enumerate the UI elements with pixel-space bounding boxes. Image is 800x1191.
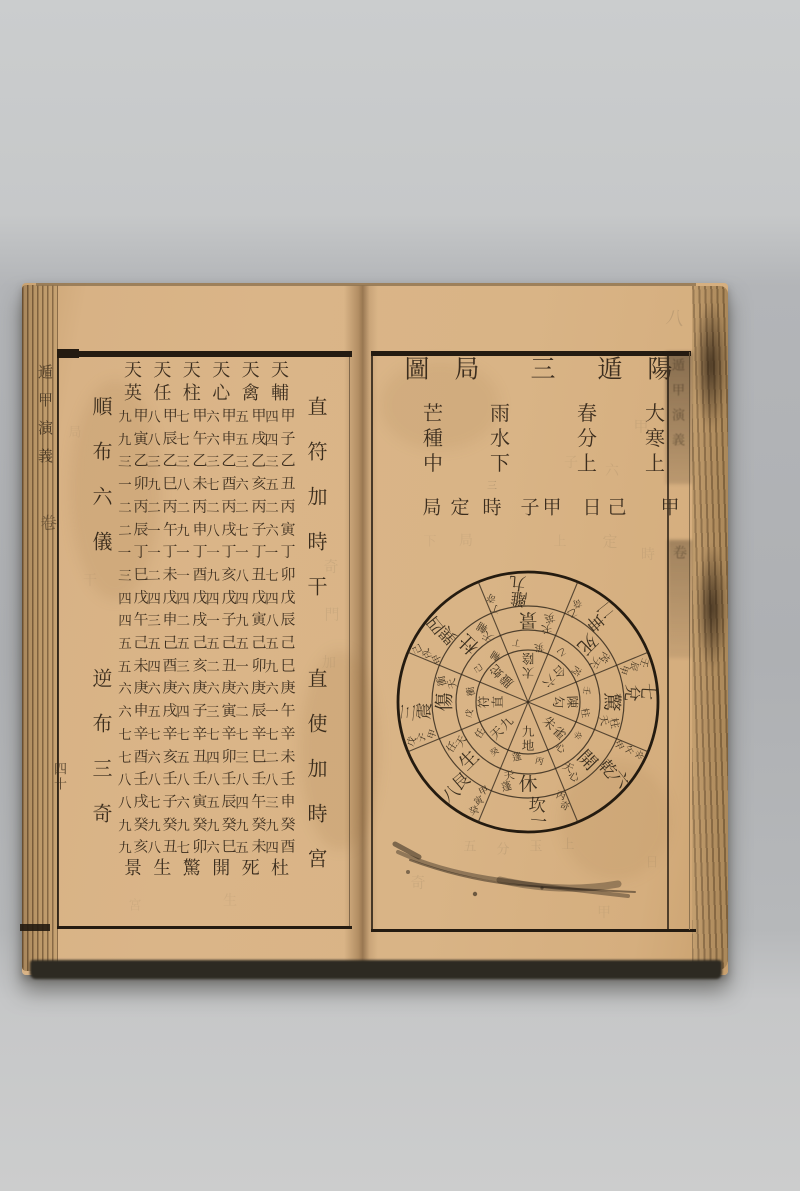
bleed-through-char: 定 [602,536,617,551]
palace-number-char: 一 [147,546,161,560]
stem-branch-char: 戌 [192,614,207,629]
stem-branch-char: 庚 [222,682,237,697]
palace-number-char: 一 [176,546,190,560]
solar-term-char: 芒 [423,404,443,424]
stem-branch-char: 丁 [192,546,207,561]
stem-branch-char: 己 [222,636,237,651]
day-hour-rule-char: 時 [482,499,501,518]
palace-number-char: 三 [235,456,249,470]
stem-branch-char: 壬 [222,773,237,788]
stem-branch-char: 丑 [222,659,237,674]
bleed-through-char: 甲 [633,421,648,436]
gate-char: 景 [124,859,142,877]
day-hour-rule-char: 甲 [542,499,561,518]
palace-number-char: 五 [147,705,161,719]
stem-branch-char: 亥 [222,568,237,583]
bleed-through-char: 局 [459,535,473,549]
stem-branch-char: 乙 [280,455,295,470]
palace-number-char: 六 [176,683,190,697]
palace-number-char: 三 [118,455,132,469]
stem-branch-char: 甲 [163,410,178,425]
palace-number-char: 五 [235,637,249,651]
palace-number-char: 六 [206,841,220,855]
stem-branch-char: 寅 [192,795,207,810]
stem-branch-char: 壬 [133,773,148,788]
palace-number-char: 八 [206,524,220,538]
stem-branch-char: 甲 [280,409,295,424]
stem-branch-char: 戊 [222,591,237,606]
stem-branch-char: 巳 [222,841,237,856]
page-title-char: 遁 [597,358,622,383]
stem-branch-char: 癸 [280,818,295,833]
palace-number-char: 三 [235,751,249,765]
palace-number-char: 二 [177,501,191,515]
solar-term-char: 種 [423,429,443,449]
star-header-char: 天 [212,361,230,379]
palace-number-char: 八 [118,796,132,810]
stem-branch-char: 亥 [163,750,178,765]
star-header-char: 柱 [183,384,201,402]
day-hour-rule-char: 局 [422,499,441,518]
stem-branch-char: 丑 [280,478,295,493]
palace-number-char: 八 [206,773,220,787]
palace-number-char: 七 [176,433,190,447]
palace-number-char: 二 [206,501,220,515]
stem-branch-char: 丙 [222,500,237,515]
stem-branch-char: 申 [133,705,148,720]
bleed-through-char: 宮 [128,899,141,912]
palace-number-char: 二 [147,569,161,583]
palace-number-char: 四 [235,592,249,606]
palace-number-char: 六 [265,524,279,538]
palace-number-char: 七 [177,842,191,856]
palace-number-char: 六 [235,683,249,697]
palace-number-char: 六 [235,478,249,492]
bleed-through-char: 生 [223,895,237,909]
stem-branch-char: 午 [163,523,178,538]
stem-branch-char: 卯 [251,659,266,674]
stem-branch-char: 戊 [192,591,207,606]
stem-branch-char: 辛 [192,727,207,742]
stem-branch-char: 子 [163,795,178,810]
palace-number-char: 九 [206,569,220,583]
palace-number-char: 八 [118,773,132,787]
palace-number-char: 二 [265,751,279,765]
stem-branch-char: 亥 [251,477,266,492]
solar-term-char: 下 [490,454,510,474]
bleed-through-char: 局 [68,426,81,439]
day-hour-rule-char: 甲 [660,499,679,518]
stem-branch-char: 壬 [192,773,207,788]
palace-number-char: 四 [147,592,161,606]
bleed-through-char: 分 [496,843,509,856]
palace-number-char: 二 [177,615,191,629]
stem-branch-char: 未 [280,750,295,765]
palace-number-char: 六 [206,433,220,447]
bleed-through-char: 三 [487,482,497,492]
solar-term-char: 上 [577,454,597,474]
stem-branch-char: 辛 [133,727,148,742]
palace-number-char: 九 [118,841,132,855]
stem-branch-char: 午 [280,705,295,720]
bleed-through-char: 奇 [323,561,338,576]
stem-branch-char: 甲 [251,409,266,424]
palace-number-char: 四 [265,841,279,855]
day-hour-rule-char: 己 [607,499,626,518]
stem-branch-char: 亥 [192,659,207,674]
palace-number-char: 四 [265,592,279,606]
day-hour-rule-char: 日 [582,499,601,518]
stem-branch-char: 丁 [163,546,178,561]
stem-branch-char: 巳 [163,478,178,493]
palace-number-char: 一 [206,614,220,628]
palace-number-char: 一 [265,705,279,719]
stem-branch-char: 巳 [280,659,295,674]
stem-branch-char: 午 [133,614,148,629]
stem-branch-char: 己 [133,636,148,651]
stem-branch-char: 申 [163,614,178,629]
gate-char: 驚 [183,859,201,877]
stem-branch-char: 甲 [222,409,237,424]
palace-number-char: 三 [118,569,132,583]
palace-number-char: 五 [265,478,279,492]
palace-number-char: 九 [265,819,279,833]
stem-branch-char: 壬 [280,773,295,788]
stem-branch-char: 酉 [280,841,295,856]
palace-number-char: 二 [235,705,249,719]
star-header-char: 天 [242,361,260,379]
solar-term-char: 雨 [490,404,510,424]
bleed-through-char: 門 [324,609,339,624]
stem-branch-char: 戊 [251,591,266,606]
star-header-char: 任 [153,384,171,402]
stem-branch-char: 卯 [133,478,148,493]
palace-number-char: 三 [265,796,279,810]
palace-number-char: 六 [176,796,190,810]
palace-number-char: 九 [235,819,249,833]
palace-number-char: 五 [235,841,249,855]
star-header-char: 天 [124,361,142,379]
stem-branch-char: 己 [163,637,178,652]
stem-branch-char: 乙 [251,455,266,470]
palace-number-char: 二 [235,501,249,515]
stem-branch-char: 辛 [280,727,295,742]
palace-number-char: 六 [147,683,161,697]
bleed-through-char: 玉 [529,840,542,853]
stem-branch-char: 庚 [133,682,148,697]
stem-branch-char: 丁 [280,546,295,561]
palace-number-char: 九 [206,819,220,833]
palace-number-char: 九 [147,478,161,492]
stem-branch-char: 丙 [192,500,207,515]
stem-branch-char: 酉 [192,568,207,583]
stem-branch-char: 午 [251,795,266,810]
text-layer: 天輔四甲四子三乙五丑二丙六寅一丁七卯四戊八辰五己九巳六庚一午七辛二未八壬三申九癸… [0,0,800,1191]
stem-branch-char: 卯 [192,841,207,856]
stem-branch-char: 未 [251,841,266,856]
stem-branch-char: 丑 [251,568,266,583]
stem-branch-char: 癸 [192,818,207,833]
palace-number-char: 三 [176,456,190,470]
stem-branch-char: 午 [192,432,207,447]
stem-branch-char: 庚 [192,682,207,697]
stem-branch-char: 辛 [251,727,266,742]
stem-branch-char: 丙 [133,500,148,515]
palace-number-char: 六 [118,705,132,719]
palace-number-char: 八 [265,614,279,628]
palace-number-char: 七 [265,569,279,583]
stem-branch-char: 丙 [280,500,295,515]
solar-term-char: 分 [577,429,597,449]
palace-number-char: 四 [265,433,279,447]
bleed-through-char: 時 [641,549,655,563]
stem-branch-char: 戌 [251,432,266,447]
gate-char: 死 [242,859,260,877]
palace-number-char: 九 [176,524,190,538]
stem-branch-char: 子 [251,523,266,538]
solar-term-char: 水 [490,429,510,449]
stem-branch-char: 壬 [163,773,178,788]
gate-char: 開 [212,859,230,877]
stem-branch-char: 寅 [280,523,295,538]
palace-number-char: 八 [235,773,249,787]
stem-branch-char: 己 [192,636,207,651]
stem-branch-char: 庚 [251,682,266,697]
palace-number-char: 四 [235,796,249,810]
stem-branch-char: 未 [163,568,178,583]
stem-branch-char: 申 [280,795,295,810]
stem-branch-char: 酉 [222,478,237,493]
palace-number-char: 四 [206,592,220,606]
palace-number-char: 一 [147,524,161,538]
palace-number-char: 八 [235,569,249,583]
palace-number-char: 五 [118,637,132,651]
palace-number-char: 六 [206,682,220,696]
stem-branch-char: 辛 [222,727,237,742]
palace-number-char: 九 [118,819,132,833]
stem-branch-char: 巳 [251,750,266,765]
bleed-through-char: 五 [463,840,476,853]
stem-branch-char: 癸 [222,818,237,833]
stem-branch-char: 戊 [280,591,295,606]
palace-number-char: 二 [118,501,132,515]
palace-number-char: 八 [147,773,161,787]
stem-branch-char: 癸 [251,818,266,833]
stem-branch-char: 寅 [251,614,266,629]
solar-term-char: 上 [645,454,665,474]
stem-branch-char: 酉 [133,750,148,765]
star-header-char: 英 [124,384,142,402]
bleed-through-char: 上 [561,838,574,851]
bleed-through-char: 日 [645,856,658,869]
palace-number-char: 七 [118,728,132,742]
stem-branch-char: 庚 [280,682,295,697]
stem-branch-char: 子 [222,614,237,629]
solar-term-char: 春 [577,404,597,424]
palace-number-char: 九 [265,660,279,674]
bleed-through-char: 上 [553,535,566,548]
stem-branch-char: 己 [280,636,295,651]
gate-char: 杜 [271,859,289,877]
palace-number-char: 四 [176,705,190,719]
star-header-char: 禽 [242,384,260,402]
stem-branch-char: 申 [192,523,207,538]
stem-branch-char: 丁 [251,546,266,561]
bleed-through-char: 干 [83,575,97,589]
stem-branch-char: 未 [133,659,148,674]
palace-number-char: 七 [235,728,249,742]
page-title-char: 圖 [404,358,429,383]
palace-number-char: 三 [265,455,279,469]
stem-branch-char: 甲 [133,409,148,424]
palace-number-char: 三 [206,705,220,719]
palace-number-char: 三 [206,455,220,469]
star-header-char: 心 [212,384,230,402]
stem-branch-char: 酉 [163,659,178,674]
stem-branch-char: 申 [222,432,237,447]
stem-branch-char: 己 [251,636,266,651]
palace-number-char: 七 [177,728,191,742]
palace-number-char: 九 [176,819,190,833]
day-hour-rule-char: 定 [450,499,469,518]
palace-number-char: 七 [118,751,132,765]
stem-branch-char: 未 [192,477,207,492]
stem-branch-char: 寅 [133,432,148,447]
day-hour-rule-char: 子 [520,499,539,518]
stem-branch-char: 戌 [163,705,178,720]
stem-branch-char: 卯 [222,750,237,765]
palace-number-char: 六 [118,682,132,696]
stem-branch-char: 丁 [222,546,237,561]
palace-number-char: 八 [265,773,279,787]
palace-number-char: 一 [235,546,249,560]
palace-number-char: 七 [147,796,161,810]
palace-number-char: 一 [176,569,190,583]
star-header-char: 天 [183,361,201,379]
palace-number-char: 六 [265,682,279,696]
palace-number-char: 七 [265,728,279,742]
palace-number-char: 一 [206,546,220,560]
stem-branch-char: 乙 [192,455,207,470]
stem-branch-char: 戌 [222,523,237,538]
scanned-book-photo: { "meta": { "description": "Scanned leaf… [0,0,800,1191]
palace-number-char: 一 [265,546,279,560]
palace-number-char: 二 [206,660,220,674]
palace-number-char: 八 [147,841,161,855]
palace-number-char: 六 [206,410,220,424]
stem-branch-char: 戌 [133,795,148,810]
palace-number-char: 三 [147,614,161,628]
palace-number-char: 七 [206,728,220,742]
palace-number-char: 三 [176,660,190,674]
palace-number-char: 五 [176,751,190,765]
stem-branch-char: 丑 [192,750,207,765]
stem-branch-char: 巳 [133,568,148,583]
star-header-char: 天 [153,361,171,379]
bleed-through-char: 甲 [597,907,611,921]
star-header-char: 天 [271,361,289,379]
palace-number-char: 四 [118,614,132,628]
palace-number-char: 一 [118,478,132,492]
palace-number-char: 九 [147,819,161,833]
palace-number-char: 七 [235,524,249,538]
palace-number-char: 七 [176,410,190,424]
palace-number-char: 五 [176,637,190,651]
palace-number-char: 一 [118,546,132,560]
palace-number-char: 二 [265,501,279,515]
palace-number-char: 七 [206,478,220,492]
bleed-through-char: 下 [423,535,436,548]
stem-branch-char: 甲 [192,409,207,424]
palace-number-char: 八 [147,433,161,447]
palace-number-char: 五 [235,410,249,424]
palace-number-char: 八 [176,478,190,492]
stem-branch-char: 子 [192,704,207,719]
palace-number-char: 二 [118,524,132,538]
palace-number-char: 一 [235,660,249,674]
stem-branch-char: 丁 [133,546,148,561]
palace-number-char: 八 [176,773,190,787]
page-title-char: 局 [454,358,479,383]
palace-number-char: 二 [147,501,161,515]
bleed-through-char: 奇 [410,877,425,892]
stem-branch-char: 辰 [163,432,178,447]
stem-branch-char: 壬 [251,773,266,788]
palace-number-char: 七 [147,728,161,742]
stem-branch-char: 辰 [280,614,295,629]
palace-number-char: 五 [265,637,279,651]
palace-number-char: 九 [118,433,132,447]
gate-char: 生 [153,859,171,877]
stem-branch-char: 辰 [251,704,266,719]
stem-branch-char: 乙 [222,455,237,470]
bleed-through-char: 八 [665,308,685,328]
palace-number-char: 九 [118,410,132,424]
solar-term-char: 中 [423,454,443,474]
stem-branch-char: 丙 [251,500,266,515]
page-title-char: 三 [530,358,555,383]
palace-number-char: 三 [147,456,161,470]
palace-number-char: 八 [147,410,161,424]
palace-number-char: 四 [118,592,132,606]
stem-branch-char: 丑 [163,841,178,856]
palace-number-char: 四 [176,592,190,606]
stem-branch-char: 寅 [222,705,237,720]
palace-number-char: 五 [147,637,161,651]
stem-branch-char: 辛 [163,727,178,742]
palace-number-char: 五 [206,796,220,810]
palace-number-char: 五 [118,660,132,674]
page-title-char: 陽 [647,358,672,383]
star-header-char: 輔 [271,384,289,402]
palace-number-char: 五 [206,637,220,651]
palace-number-char: 六 [147,751,161,765]
stem-branch-char: 庚 [163,682,178,697]
stem-branch-char: 辰 [222,795,237,810]
stem-branch-char: 乙 [133,455,148,470]
palace-number-char: 四 [147,660,161,674]
bleed-through-char: 六 [605,465,619,479]
stem-branch-char: 子 [280,432,295,447]
palace-number-char: 四 [265,410,279,424]
stem-branch-char: 戊 [133,591,148,606]
stem-branch-char: 癸 [163,818,178,833]
stem-branch-char: 癸 [133,818,148,833]
stem-branch-char: 卯 [280,568,295,583]
bleed-through-char: 加 [322,657,336,671]
palace-number-char: 四 [206,751,220,765]
stem-branch-char: 丙 [163,500,178,515]
